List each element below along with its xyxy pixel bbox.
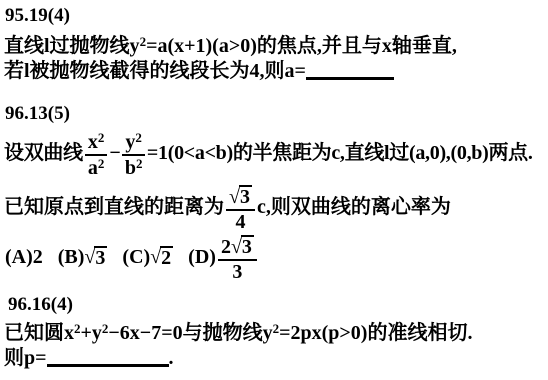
answer-blank-a: [306, 77, 394, 80]
option-d: (D) 2√3 3: [188, 232, 259, 283]
fraction-numerator: 2√3: [218, 232, 257, 261]
text-run: c,则双曲线的离心率为: [257, 195, 451, 219]
radicand: 3: [239, 185, 252, 207]
superscript: 2: [136, 156, 143, 171]
option-c: (C)√2: [122, 245, 173, 269]
text-run: =1(0<a<b)的半焦距为c,直线l过(a,0),(0,b)两点.: [147, 141, 533, 165]
text-run: 若l被抛物线截得的线段长为4,则a=: [4, 60, 306, 82]
problem-96-13-line2: 已知原点到直线的距离为 √3 4 c,则双曲线的离心率为: [4, 182, 451, 232]
fraction-denominator: 4: [235, 211, 245, 233]
radicand: 3: [241, 235, 254, 257]
problem-96-13-options: (A)2 (B)√3 (C)√2 (D) 2√3 3: [5, 232, 274, 282]
radicand: 2: [160, 246, 173, 268]
option-a-label: (A): [5, 245, 33, 269]
option-b-label: (B): [58, 245, 85, 269]
fraction-numerator: √3: [226, 182, 255, 211]
text-run: 已知圆x: [4, 322, 74, 344]
answer-blank-p: [47, 364, 169, 367]
text-run: =a(x+1)(a>0)的焦点,并且与x轴垂直,: [146, 35, 457, 57]
superscript: 2: [98, 156, 105, 171]
variable: y: [125, 131, 135, 153]
variable: b: [125, 157, 136, 179]
variable: x: [88, 131, 98, 153]
fraction-y2-b2: y2 b2: [122, 128, 145, 179]
fraction-sqrt3-4: √3 4: [226, 182, 255, 233]
text-run: =2px(p>0)的准线相切.: [279, 322, 472, 344]
problem-95-19-header: 95.19(4): [5, 4, 70, 28]
fraction-denominator: b2: [125, 156, 143, 179]
text-run: −6x−7=0与抛物线y: [108, 322, 272, 344]
fraction-denominator: 3: [232, 261, 242, 283]
fraction-numerator: x2: [85, 128, 108, 156]
option-c-label: (C): [122, 245, 150, 269]
problem-95-19-line2: 若l被抛物线截得的线段长为4,则a=: [4, 59, 394, 83]
math-worksheet-page: 95.19(4) 直线l过抛物线y2=a(x+1)(a>0)的焦点,并且与x轴垂…: [0, 0, 548, 380]
superscript: 2: [98, 130, 105, 145]
option-d-fraction: 2√3 3: [218, 232, 257, 283]
option-a-value: 2: [33, 245, 43, 269]
problem-96-16-line1: 已知圆x2+y2−6x−7=0与抛物线y2=2px(p>0)的准线相切.: [4, 317, 472, 345]
fraction-numerator: y2: [122, 128, 145, 156]
variable: a: [88, 157, 98, 179]
problem-96-13-line1: 设双曲线 x2 a2 − y2 b2 =1(0<a<b)的半焦距为c,直线l过(…: [4, 126, 533, 180]
superscript: 2: [135, 130, 142, 145]
text-run: 已知原点到直线的距离为: [4, 195, 224, 219]
text-run: +y: [81, 322, 102, 344]
problem-95-19-line1: 直线l过抛物线y2=a(x+1)(a>0)的焦点,并且与x轴垂直,: [4, 30, 457, 58]
option-a: (A)2: [5, 245, 43, 269]
option-b: (B)√3: [58, 245, 108, 269]
fraction-denominator: a2: [88, 156, 105, 179]
option-d-label: (D): [188, 245, 216, 269]
problem-96-16-header: 96.16(4): [8, 293, 73, 317]
text-run: 设双曲线: [4, 141, 83, 165]
coefficient: 2: [221, 236, 231, 258]
fraction-x2-a2: x2 a2: [85, 128, 108, 179]
problem-96-13-header: 96.13(5): [5, 102, 70, 126]
problem-96-16-line2: 则p=.: [4, 346, 174, 370]
text-run: 直线l过抛物线y: [4, 35, 140, 57]
minus-sign: −: [109, 141, 120, 165]
text-run: 则p=: [4, 347, 47, 369]
period: .: [169, 347, 174, 369]
radicand: 3: [94, 246, 107, 268]
